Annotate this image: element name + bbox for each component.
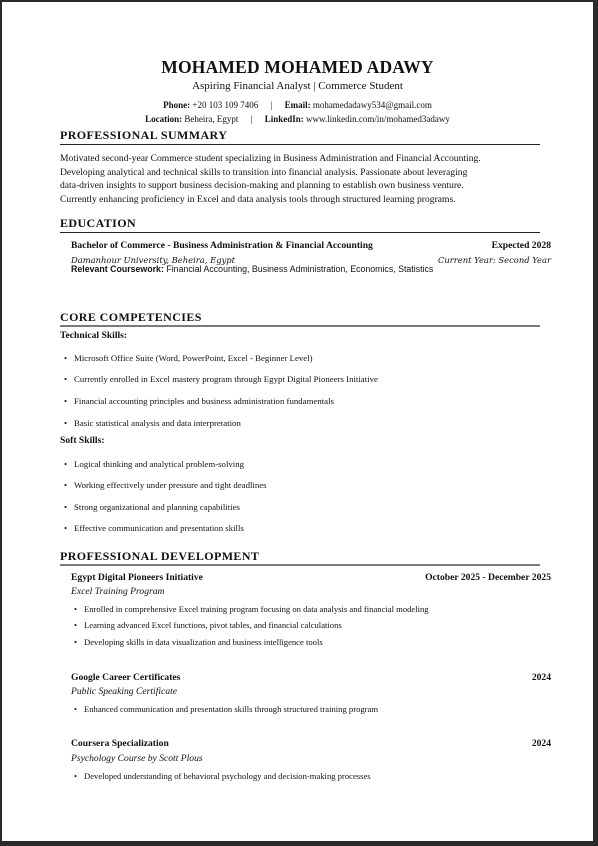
education-degree: Bachelor of Commerce - Business Administ… (71, 240, 373, 251)
section-divider (60, 144, 540, 145)
section-divider (60, 232, 540, 233)
section-divider (60, 325, 540, 327)
list-item: •Developing skills in data visualization… (74, 637, 323, 647)
bullet-icon: • (64, 523, 74, 533)
bullet-icon: • (64, 353, 74, 363)
candidate-name: MOHAMED MOHAMED ADAWY (2, 57, 593, 78)
list-item: •Learning advanced Excel functions, pivo… (74, 620, 342, 630)
location-label: Location: (145, 114, 182, 124)
contact-separator: | (251, 114, 253, 124)
section-divider (60, 564, 540, 566)
development-date: 2024 (532, 672, 551, 683)
bullet-icon: • (74, 620, 84, 630)
summary-text: Motivated second-year Commerce student s… (60, 152, 550, 206)
email-label: Email: (285, 100, 311, 110)
section-title-competencies: CORE COMPETENCIES (60, 310, 202, 325)
linkedin-value[interactable]: www.linkedin.com/in/mohamed3adawy (306, 114, 450, 124)
development-program: Public Speaking Certificate (71, 686, 177, 697)
development-date: October 2025 - December 2025 (425, 572, 551, 583)
section-title-summary: PROFESSIONAL SUMMARY (60, 128, 227, 143)
development-org: Egypt Digital Pioneers Initiative (71, 572, 203, 583)
phone-value: +20 103 109 7406 (192, 100, 258, 110)
resume-page: MOHAMED MOHAMED ADAWY Aspiring Financial… (2, 2, 593, 841)
bullet-icon: • (64, 459, 74, 469)
bullet-icon: • (64, 418, 74, 428)
list-item: •Currently enrolled in Excel mastery pro… (64, 374, 378, 384)
bullet-icon: • (74, 704, 84, 714)
list-item: •Microsoft Office Suite (Word, PowerPoin… (64, 353, 313, 363)
bullet-icon: • (74, 771, 84, 781)
email-value[interactable]: mohamedadawy534@gmail.com (313, 100, 432, 110)
soft-skills-label: Soft Skills: (60, 435, 105, 446)
development-org: Coursera Specialization (71, 738, 169, 749)
development-program: Psychology Course by Scott Plous (71, 753, 203, 764)
list-item: •Strong organizational and planning capa… (64, 502, 240, 512)
candidate-tagline: Aspiring Financial Analyst | Commerce St… (2, 80, 593, 92)
bullet-icon: • (64, 396, 74, 406)
summary-line: data-driven insights to support business… (60, 179, 550, 193)
coursework-label: Relevant Coursework: (71, 264, 164, 274)
coursework-value: Financial Accounting, Business Administr… (166, 264, 433, 274)
section-title-development: PROFESSIONAL DEVELOPMENT (60, 549, 259, 564)
bullet-icon: • (64, 374, 74, 384)
list-item: •Logical thinking and analytical problem… (64, 459, 244, 469)
phone-label: Phone: (163, 100, 190, 110)
list-item: •Working effectively under pressure and … (64, 480, 267, 490)
development-org: Google Career Certificates (71, 672, 180, 683)
summary-line: Currently enhancing proficiency in Excel… (60, 193, 550, 207)
linkedin-label: LinkedIn: (265, 114, 304, 124)
contact-line-1: Phone: +20 103 109 7406 | Email: mohamed… (2, 100, 593, 110)
list-item: •Financial accounting principles and bus… (64, 396, 334, 406)
education-current-year: Current Year: Second Year (438, 255, 551, 265)
section-title-education: EDUCATION (60, 216, 136, 231)
location-value: Beheira, Egypt (184, 114, 238, 124)
list-item: •Effective communication and presentatio… (64, 523, 244, 533)
summary-line: Developing analytical and technical skil… (60, 166, 550, 180)
list-item: •Enrolled in comprehensive Excel trainin… (74, 604, 429, 614)
education-expected: Expected 2028 (492, 240, 551, 251)
bullet-icon: • (74, 604, 84, 614)
contact-line-2: Location: Beheira, Egypt | LinkedIn: www… (2, 114, 593, 124)
development-date: 2024 (532, 738, 551, 749)
list-item: •Basic statistical analysis and data int… (64, 418, 241, 428)
bullet-icon: • (64, 480, 74, 490)
education-coursework: Relevant Coursework: Financial Accountin… (71, 264, 433, 274)
bullet-icon: • (64, 502, 74, 512)
technical-skills-label: Technical Skills: (60, 330, 127, 341)
list-item: •Enhanced communication and presentation… (74, 704, 378, 714)
summary-line: Motivated second-year Commerce student s… (60, 152, 550, 166)
list-item: •Developed understanding of behavioral p… (74, 771, 371, 781)
bullet-icon: • (74, 637, 84, 647)
development-program: Excel Training Program (71, 586, 164, 597)
contact-separator: | (271, 100, 273, 110)
